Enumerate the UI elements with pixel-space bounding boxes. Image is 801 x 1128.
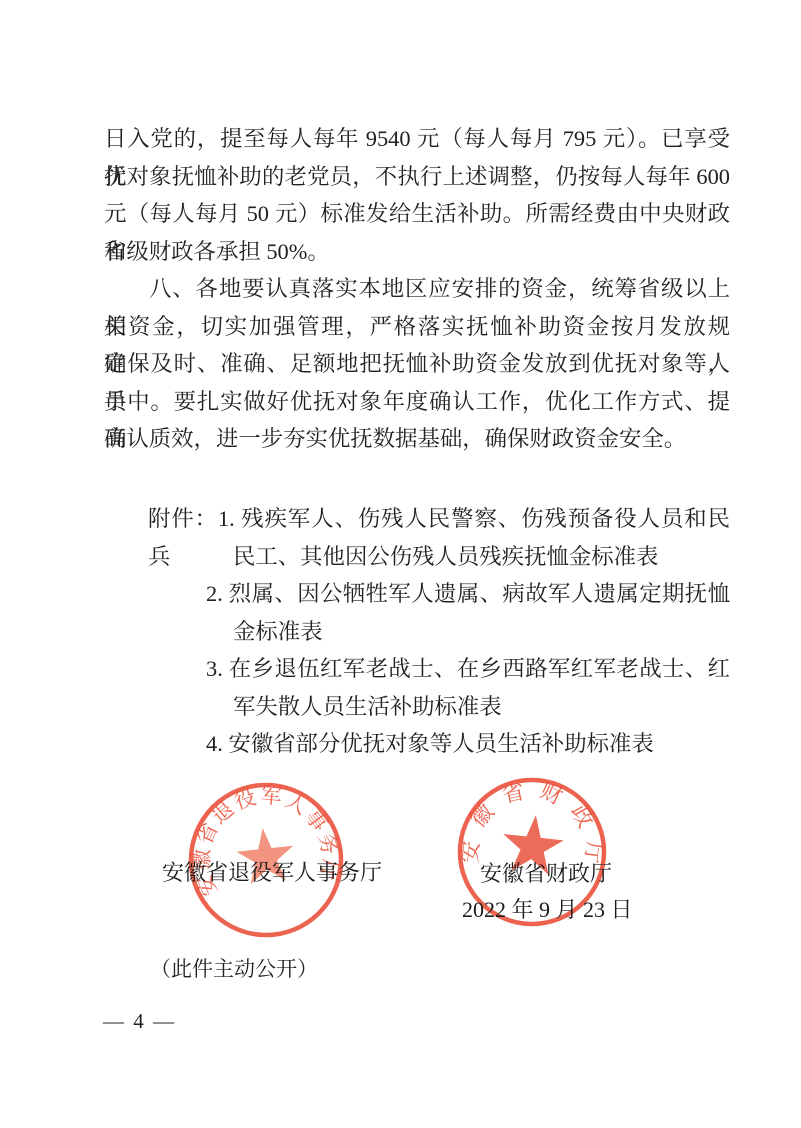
right-agency-signature: 安徽省财政厅 <box>480 861 612 887</box>
body-line: 抚对象抚恤补助的老党员，不执行上述调整，仍按每人每年 600 <box>104 158 730 196</box>
page-number: — 4 — <box>103 1008 176 1034</box>
attachment-line: 军失散人员生活补助标准表 <box>233 688 730 726</box>
body-line: 八、各地要认真落实本地区应安排的资金，统筹省级以上相 <box>104 270 730 308</box>
body-line: 省级财政各承担 50%。 <box>104 233 730 271</box>
body-line: 元（每人每月 50 元）标准发给生活补助。所需经费由中央财政和 <box>104 195 730 233</box>
disclosure-note: （此件主动公开） <box>150 956 318 982</box>
attachment-line: 4. 安徽省部分优抚对象等人员生活补助标准表 <box>206 725 730 763</box>
body-line: 确认质效，进一步夯实优抚数据基础，确保财政资金安全。 <box>104 420 730 458</box>
body-text: 日入党的，提至每人每年 9540 元（每人每月 795 元）。已享受优 抚对象抚… <box>104 120 730 458</box>
attachment-line: 附件：1. 残疾军人、伤残人民警察、伤残预备役人员和民兵 <box>148 500 730 538</box>
attachment-line: 民工、其他因公伤残人员残疾抚恤金标准表 <box>233 538 730 576</box>
body-line: 确保及时、准确、足额地把抚恤补助资金发放到优抚对象等人员 <box>104 345 730 383</box>
attachment-line: 2. 烈属、因公牺牲军人遗属、病故军人遗属定期抚恤 <box>206 575 730 613</box>
signature-date: 2022 年 9 月 23 日 <box>462 897 633 923</box>
body-line: 日入党的，提至每人每年 9540 元（每人每月 795 元）。已享受优 <box>104 120 730 158</box>
attachment-line: 3. 在乡退伍红军老战士、在乡西路军红军老战士、红 <box>206 650 730 688</box>
body-line: 手中。要扎实做好优抚对象年度确认工作，优化工作方式、提高 <box>104 383 730 421</box>
left-agency-signature: 安徽省退役军人事务厅 <box>162 860 382 886</box>
attachments-list: 附件：1. 残疾军人、伤残人民警察、伤残预备役人员和民兵 民工、其他因公伤残人员… <box>148 500 730 763</box>
body-line: 关资金，切实加强管理，严格落实抚恤补助资金按月发放规定， <box>104 308 730 346</box>
attachment-line: 金标准表 <box>233 613 730 651</box>
document-page: 日入党的，提至每人每年 9540 元（每人每月 795 元）。已享受优 抚对象抚… <box>0 0 801 1128</box>
